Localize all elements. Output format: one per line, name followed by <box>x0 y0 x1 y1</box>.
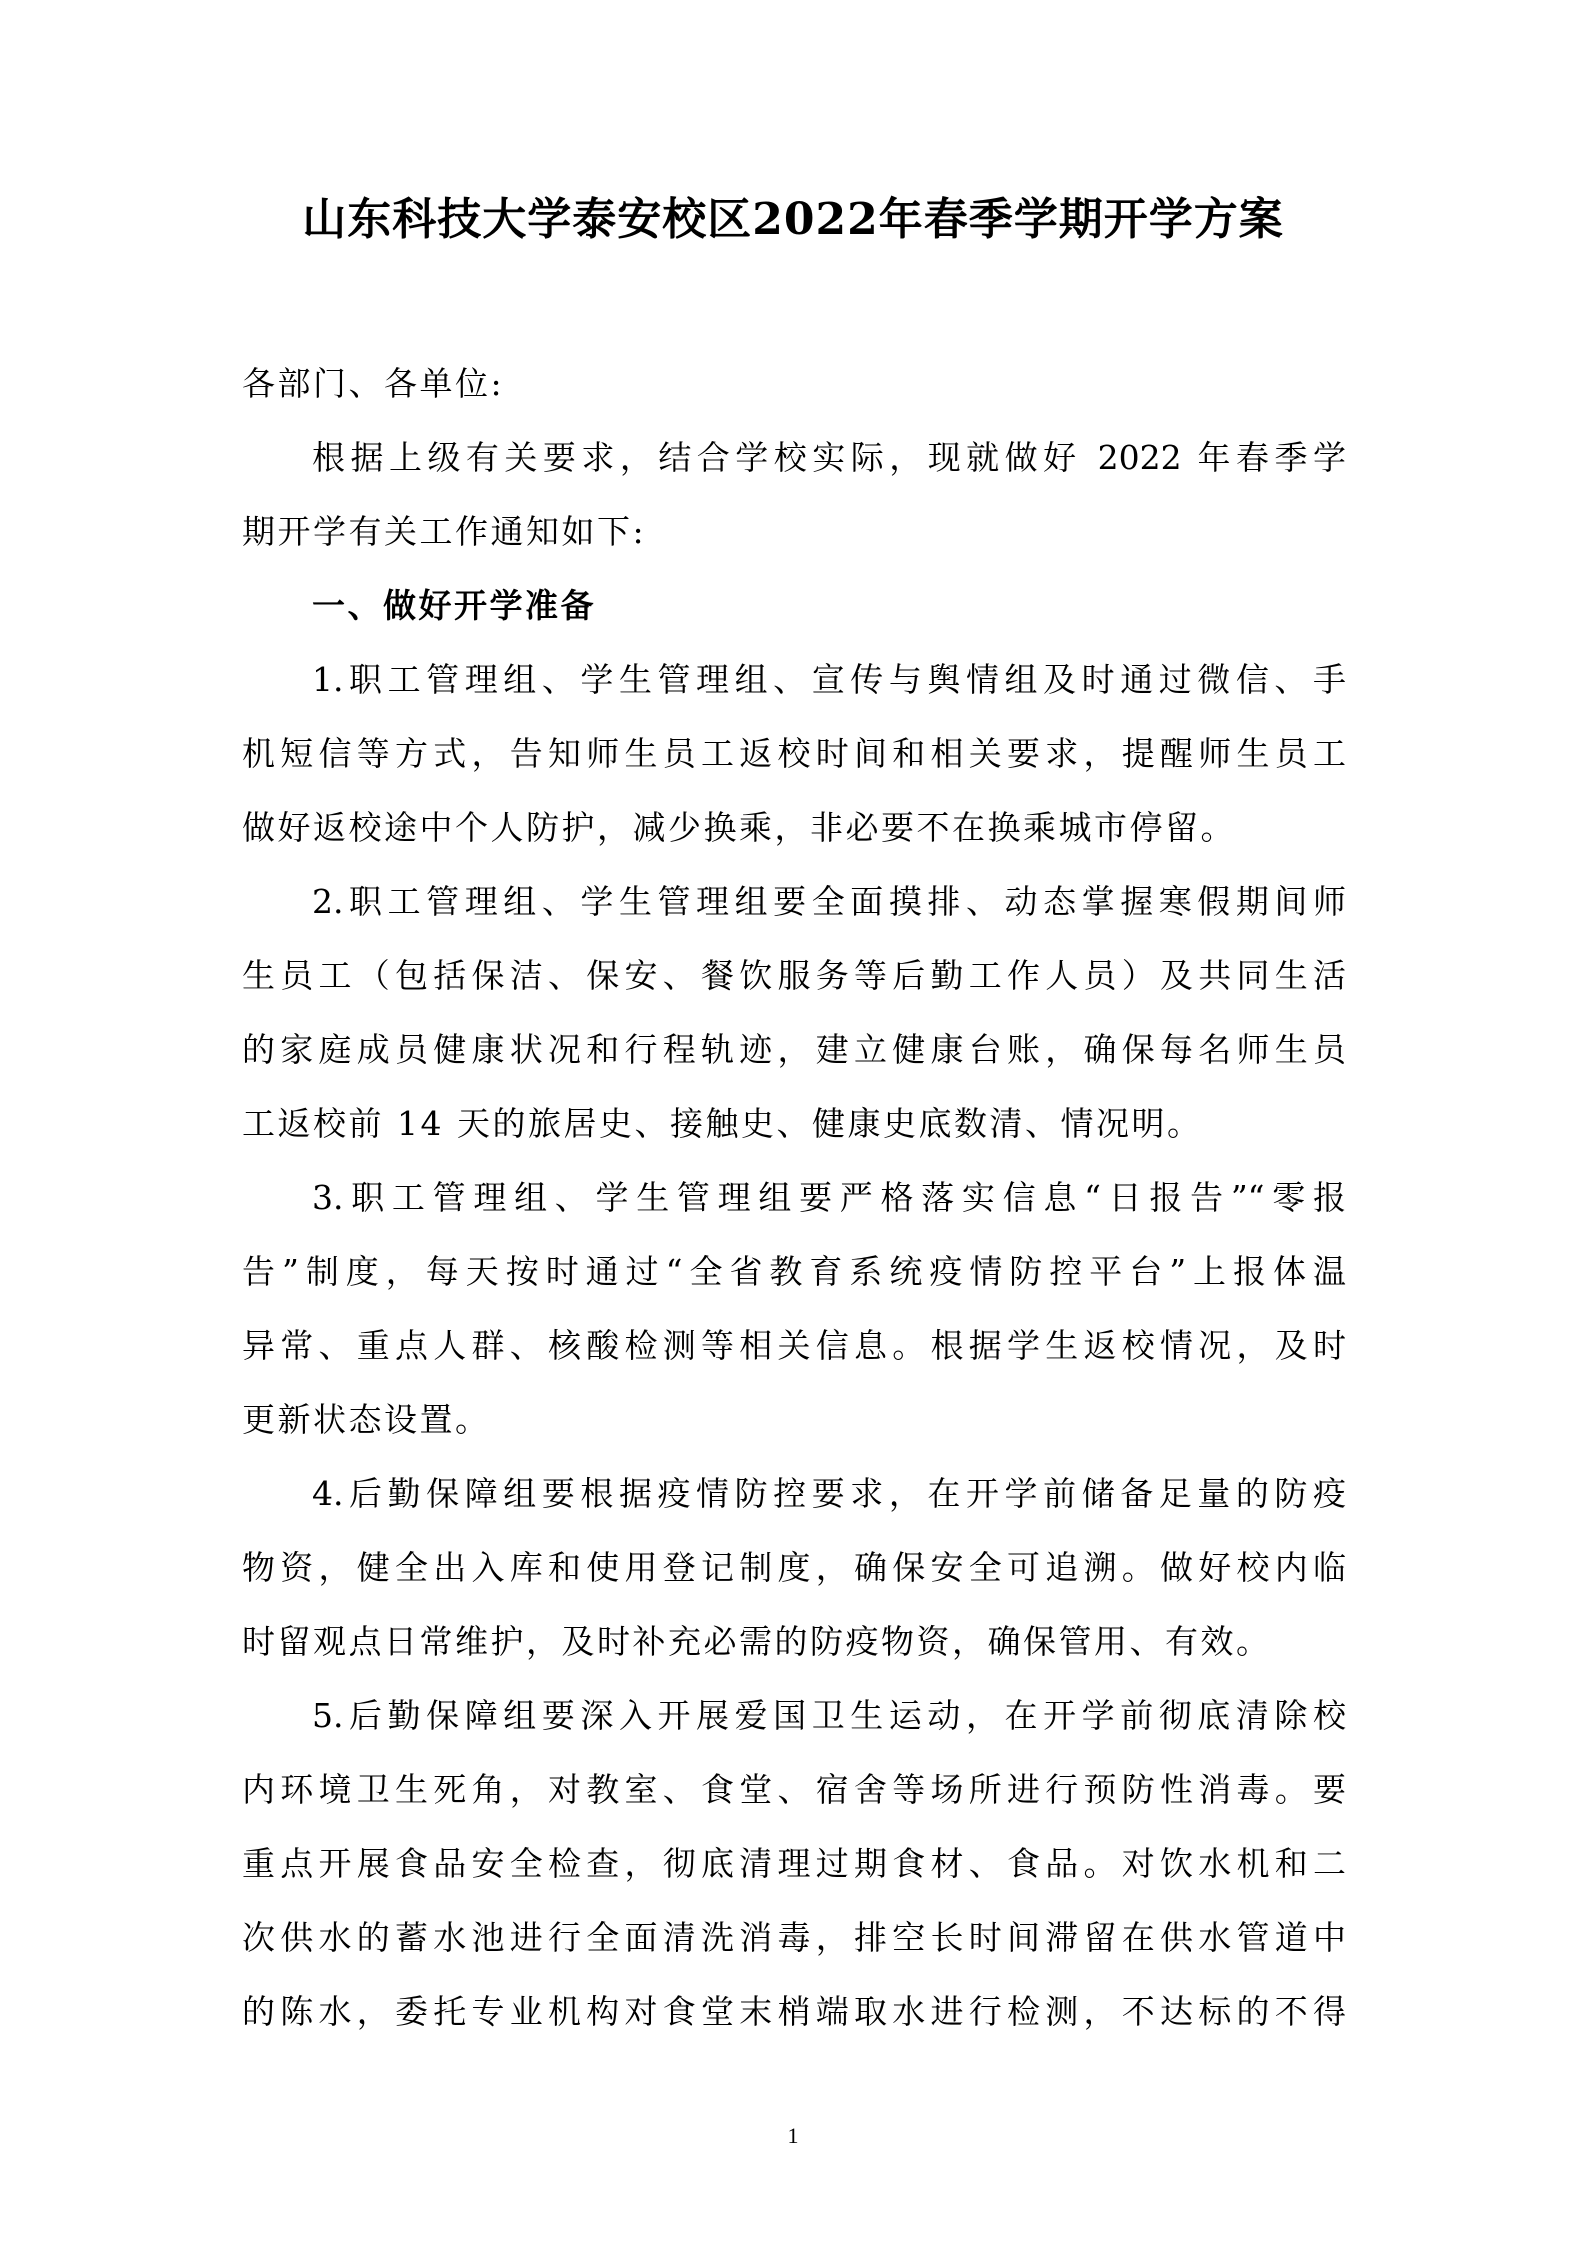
intro-line: 根据上级有关要求，结合学校实际，现就做好 2022 年春季学 <box>312 436 1346 480</box>
paragraph-line: 内环境卫生死角，对教室、食堂、宿舍等场所进行预防性消毒。要 <box>242 1768 1346 1812</box>
paragraph-line: 机短信等方式，告知师生员工返校时间和相关要求，提醒师生员工 <box>242 732 1346 776</box>
paragraph-line: 更新状态设置。 <box>242 1398 1346 1442</box>
page-number: 1 <box>0 2122 1586 2150</box>
paragraph-line: 3.职工管理组、学生管理组要严格落实信息“日报告”“零报 <box>312 1176 1346 1220</box>
paragraph-line: 告”制度，每天按时通过“全省教育系统疫情防控平台”上报体温 <box>242 1250 1346 1294</box>
paragraph-line: 4.后勤保障组要根据疫情防控要求，在开学前储备足量的防疫 <box>312 1472 1346 1516</box>
paragraph-line: 2.职工管理组、学生管理组要全面摸排、动态掌握寒假期间师 <box>312 880 1346 924</box>
paragraph-line: 重点开展食品安全检查，彻底清理过期食材、食品。对饮水机和二 <box>242 1842 1346 1886</box>
paragraph-line: 时留观点日常维护，及时补充必需的防疫物资，确保管用、有效。 <box>242 1620 1346 1664</box>
paragraph-line: 工返校前 14 天的旅居史、接触史、健康史底数清、情况明。 <box>242 1102 1346 1146</box>
paragraph-line: 1.职工管理组、学生管理组、宣传与舆情组及时通过微信、手 <box>312 658 1346 702</box>
paragraph-line: 次供水的蓄水池进行全面清洗消毒，排空长时间滞留在供水管道中 <box>242 1916 1346 1960</box>
document-title: 山东科技大学泰安校区2022年春季学期开学方案 <box>0 192 1586 248</box>
section-heading: 一、做好开学准备 <box>312 584 1346 628</box>
intro-line: 期开学有关工作通知如下: <box>242 510 1346 554</box>
document-page: 山东科技大学泰安校区2022年春季学期开学方案 各部门、各单位: 根据上级有关要… <box>0 0 1586 2242</box>
paragraph-line: 的陈水，委托专业机构对食堂末梢端取水进行检测，不达标的不得 <box>242 1990 1346 2034</box>
paragraph-line: 物资，健全出入库和使用登记制度，确保安全可追溯。做好校内临 <box>242 1546 1346 1590</box>
paragraph-line: 的家庭成员健康状况和行程轨迹，建立健康台账，确保每名师生员 <box>242 1028 1346 1072</box>
paragraph-line: 异常、重点人群、核酸检测等相关信息。根据学生返校情况，及时 <box>242 1324 1346 1368</box>
paragraph-line: 做好返校途中个人防护，减少换乘，非必要不在换乘城市停留。 <box>242 806 1346 850</box>
paragraph-line: 生员工（包括保洁、保安、餐饮服务等后勤工作人员）及共同生活 <box>242 954 1346 998</box>
salutation: 各部门、各单位: <box>242 362 1346 406</box>
paragraph-line: 5.后勤保障组要深入开展爱国卫生运动，在开学前彻底清除校 <box>312 1694 1346 1738</box>
